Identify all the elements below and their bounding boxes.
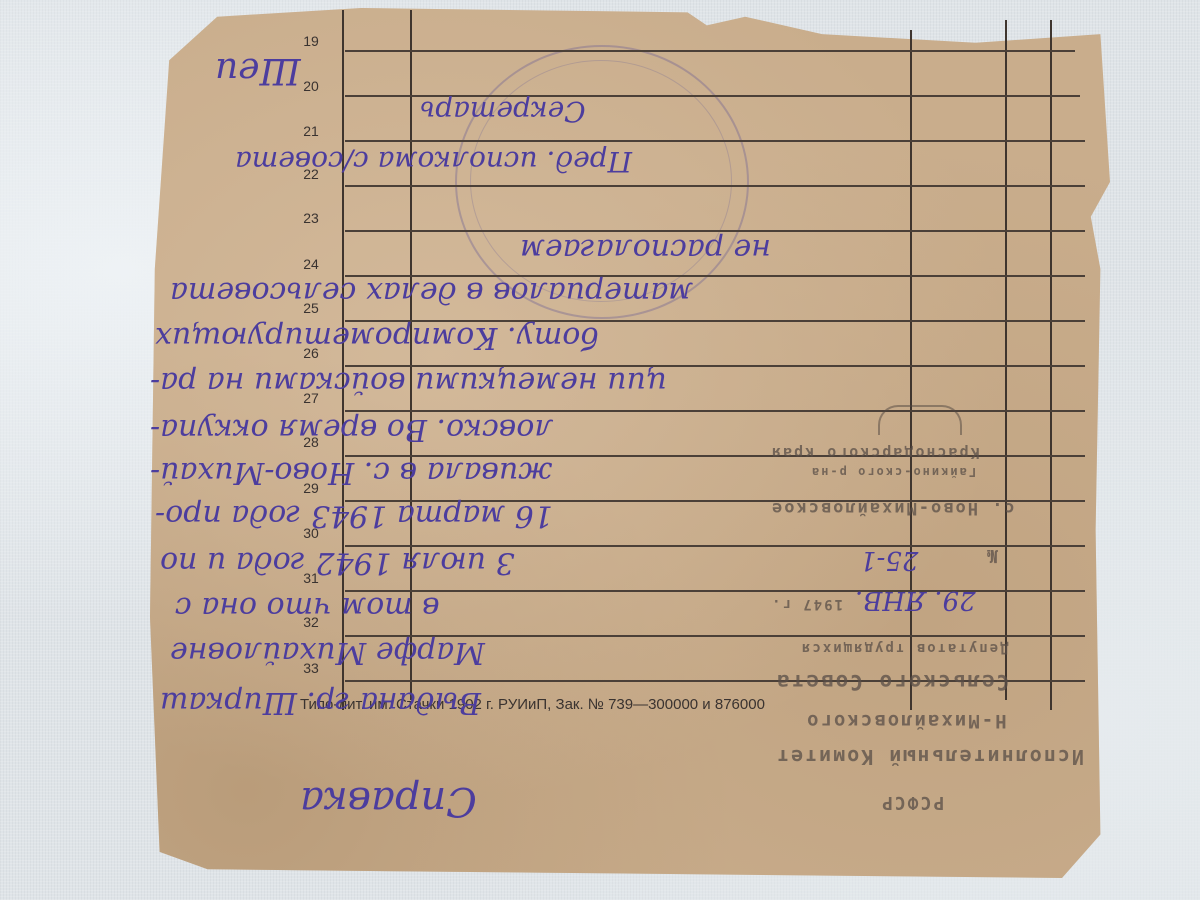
stamp-line: Гайкино-ского р-на — [810, 465, 976, 479]
handwritten-line: Марфе Михайловне — [170, 635, 485, 670]
stamp-line: РСФСР — [880, 792, 944, 813]
stamp-line: Краснодарского края — [770, 444, 980, 462]
handwritten-line: боту. Компрометирующих — [155, 320, 599, 355]
row-number: 24 — [296, 256, 326, 272]
handwritten-line: 3 июля 1942 года и по — [160, 545, 515, 580]
stamp-line: № — [985, 545, 998, 566]
handwritten-line: Пред. исполкома с/совета — [235, 145, 632, 178]
stamp-line: с. Ново-Михайловское — [770, 498, 1015, 518]
handwritten-date: 29. ЯНВ. — [855, 585, 976, 615]
handwritten-line: Секретарь — [420, 95, 586, 128]
handwritten-title: Справка — [300, 778, 477, 824]
handwritten-line: 16 марта 1943 года про- — [155, 498, 553, 533]
stamp-line: Исполнительный Комитет — [775, 745, 1084, 769]
handwritten-number: 25-1 — [860, 545, 918, 575]
handwritten-signature: Шеи — [215, 50, 301, 91]
stamp-line: Сельского Совета — [775, 670, 1009, 694]
handwritten-line: в том что она с — [175, 590, 440, 625]
handwritten-line: не располагаем — [520, 232, 771, 267]
form-row-line — [345, 185, 1085, 187]
handwritten-line: ловско. Во время оккупа- — [150, 412, 553, 447]
form-row-line — [345, 140, 1085, 142]
stamp-line: Н-Михайловского — [805, 710, 1007, 732]
row-number: 23 — [296, 210, 326, 226]
handwritten-line: Выдана гр. Ширкаш — [160, 685, 481, 720]
handwritten-line: материалов в делах сельсовета — [170, 275, 693, 310]
handwritten-line: живала в с. Ново-Михай- — [150, 455, 552, 490]
row-number: 21 — [296, 123, 326, 139]
stamp-line: 1947 г. — [770, 596, 843, 612]
form-column-line — [1005, 20, 1007, 700]
row-number: 19 — [296, 33, 326, 49]
emblem-icon — [878, 405, 962, 435]
handwritten-line: ции немецкими войсками на ра- — [150, 365, 667, 400]
form-row-line — [345, 50, 1075, 52]
stamp-line: Депутатов трудящихся — [800, 640, 1009, 656]
